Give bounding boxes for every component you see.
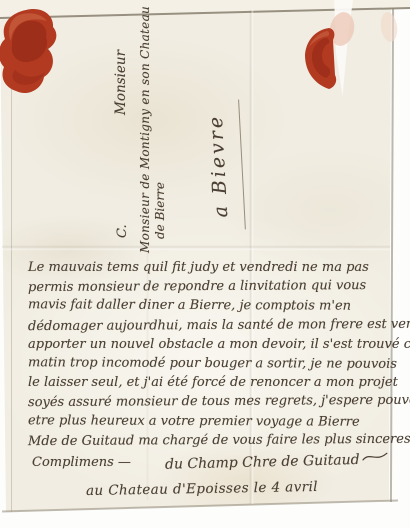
address-salutation: Monsieur bbox=[113, 17, 129, 115]
letter-line: matin trop incomodé pour bouger a sortir… bbox=[28, 353, 390, 374]
letter-line: Le mauvais tems quil fit judy et vendred… bbox=[28, 258, 390, 277]
wax-seal-right-broken-icon bbox=[303, 26, 343, 94]
address-destination: a Bievre bbox=[198, 100, 246, 232]
signature: du Champ Chre de Guitaud bbox=[165, 449, 388, 475]
sorting-mark: C. bbox=[115, 212, 135, 238]
signature-flourish-icon bbox=[362, 449, 388, 464]
letter-line: etre plus heureux a votre premier voyage… bbox=[28, 411, 390, 432]
letter-line: mavis fait daller diner a Bierre, je com… bbox=[28, 296, 390, 317]
letter-line: soyés assuré monsieur de tous mes regret… bbox=[28, 391, 390, 412]
letter-line: permis monsieur de repondre a linvitatio… bbox=[28, 276, 390, 297]
letter-line: apporter un nouvel obstacle a mon devoir… bbox=[28, 335, 390, 354]
closing-row: Complimens — du Champ Chre de Guitaud bbox=[28, 452, 390, 472]
letter-body: Le mauvais tems quil fit judy et vendred… bbox=[28, 258, 390, 472]
closing-word: Complimens — bbox=[32, 453, 131, 472]
letter-photo: Monsieur Monsieur de Montigny en son Cha… bbox=[0, 0, 410, 528]
letter-line: dédomager aujourdhui, mais la santé de m… bbox=[28, 315, 390, 336]
letter-line: Mde de Guitaud ma chargé de vous faire l… bbox=[28, 430, 390, 451]
address-recipient: Monsieur de Montigny en son Chateau bbox=[138, 17, 152, 253]
wax-seal-left-icon bbox=[0, 6, 59, 98]
signature-text: du Champ Chre de Guitaud bbox=[165, 451, 360, 475]
letter-line: le laisser seul, et j'ai été forcé de re… bbox=[28, 373, 390, 392]
address-residence: de Bierre bbox=[153, 17, 167, 239]
